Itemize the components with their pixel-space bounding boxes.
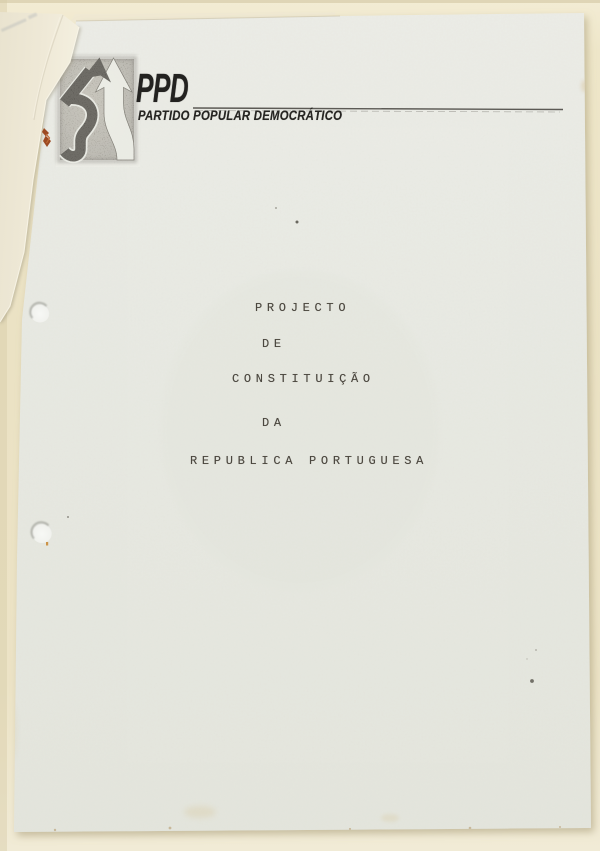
stain [160,270,440,590]
document-title-line-3: C O N S T I T U I Ç Ã O [232,373,369,385]
document-title-line-1: P R O J E C T O [255,302,344,314]
ppd-logo-icon [56,55,140,167]
stain [581,80,589,92]
document-title-line-2: D E [262,338,280,350]
scanned-document-photo: PPD PARTIDO POPULAR DEMOCRÁTICO P R O J … [0,0,600,851]
backing-top-edge [0,0,600,3]
stain [184,806,216,818]
stain [6,704,16,760]
scan-artwork [0,0,600,851]
punch-hole-top [30,303,49,323]
orange-fleck [46,542,48,546]
document-title-line-4: D A [262,417,280,429]
document-title-line-5: R E P U B L I C A P O R T U G U E S A [190,455,422,467]
brand-name: PARTIDO POPULAR DEMOCRÁTICO [138,109,342,123]
brand-acronym: PPD [136,68,188,109]
stain [381,814,399,822]
